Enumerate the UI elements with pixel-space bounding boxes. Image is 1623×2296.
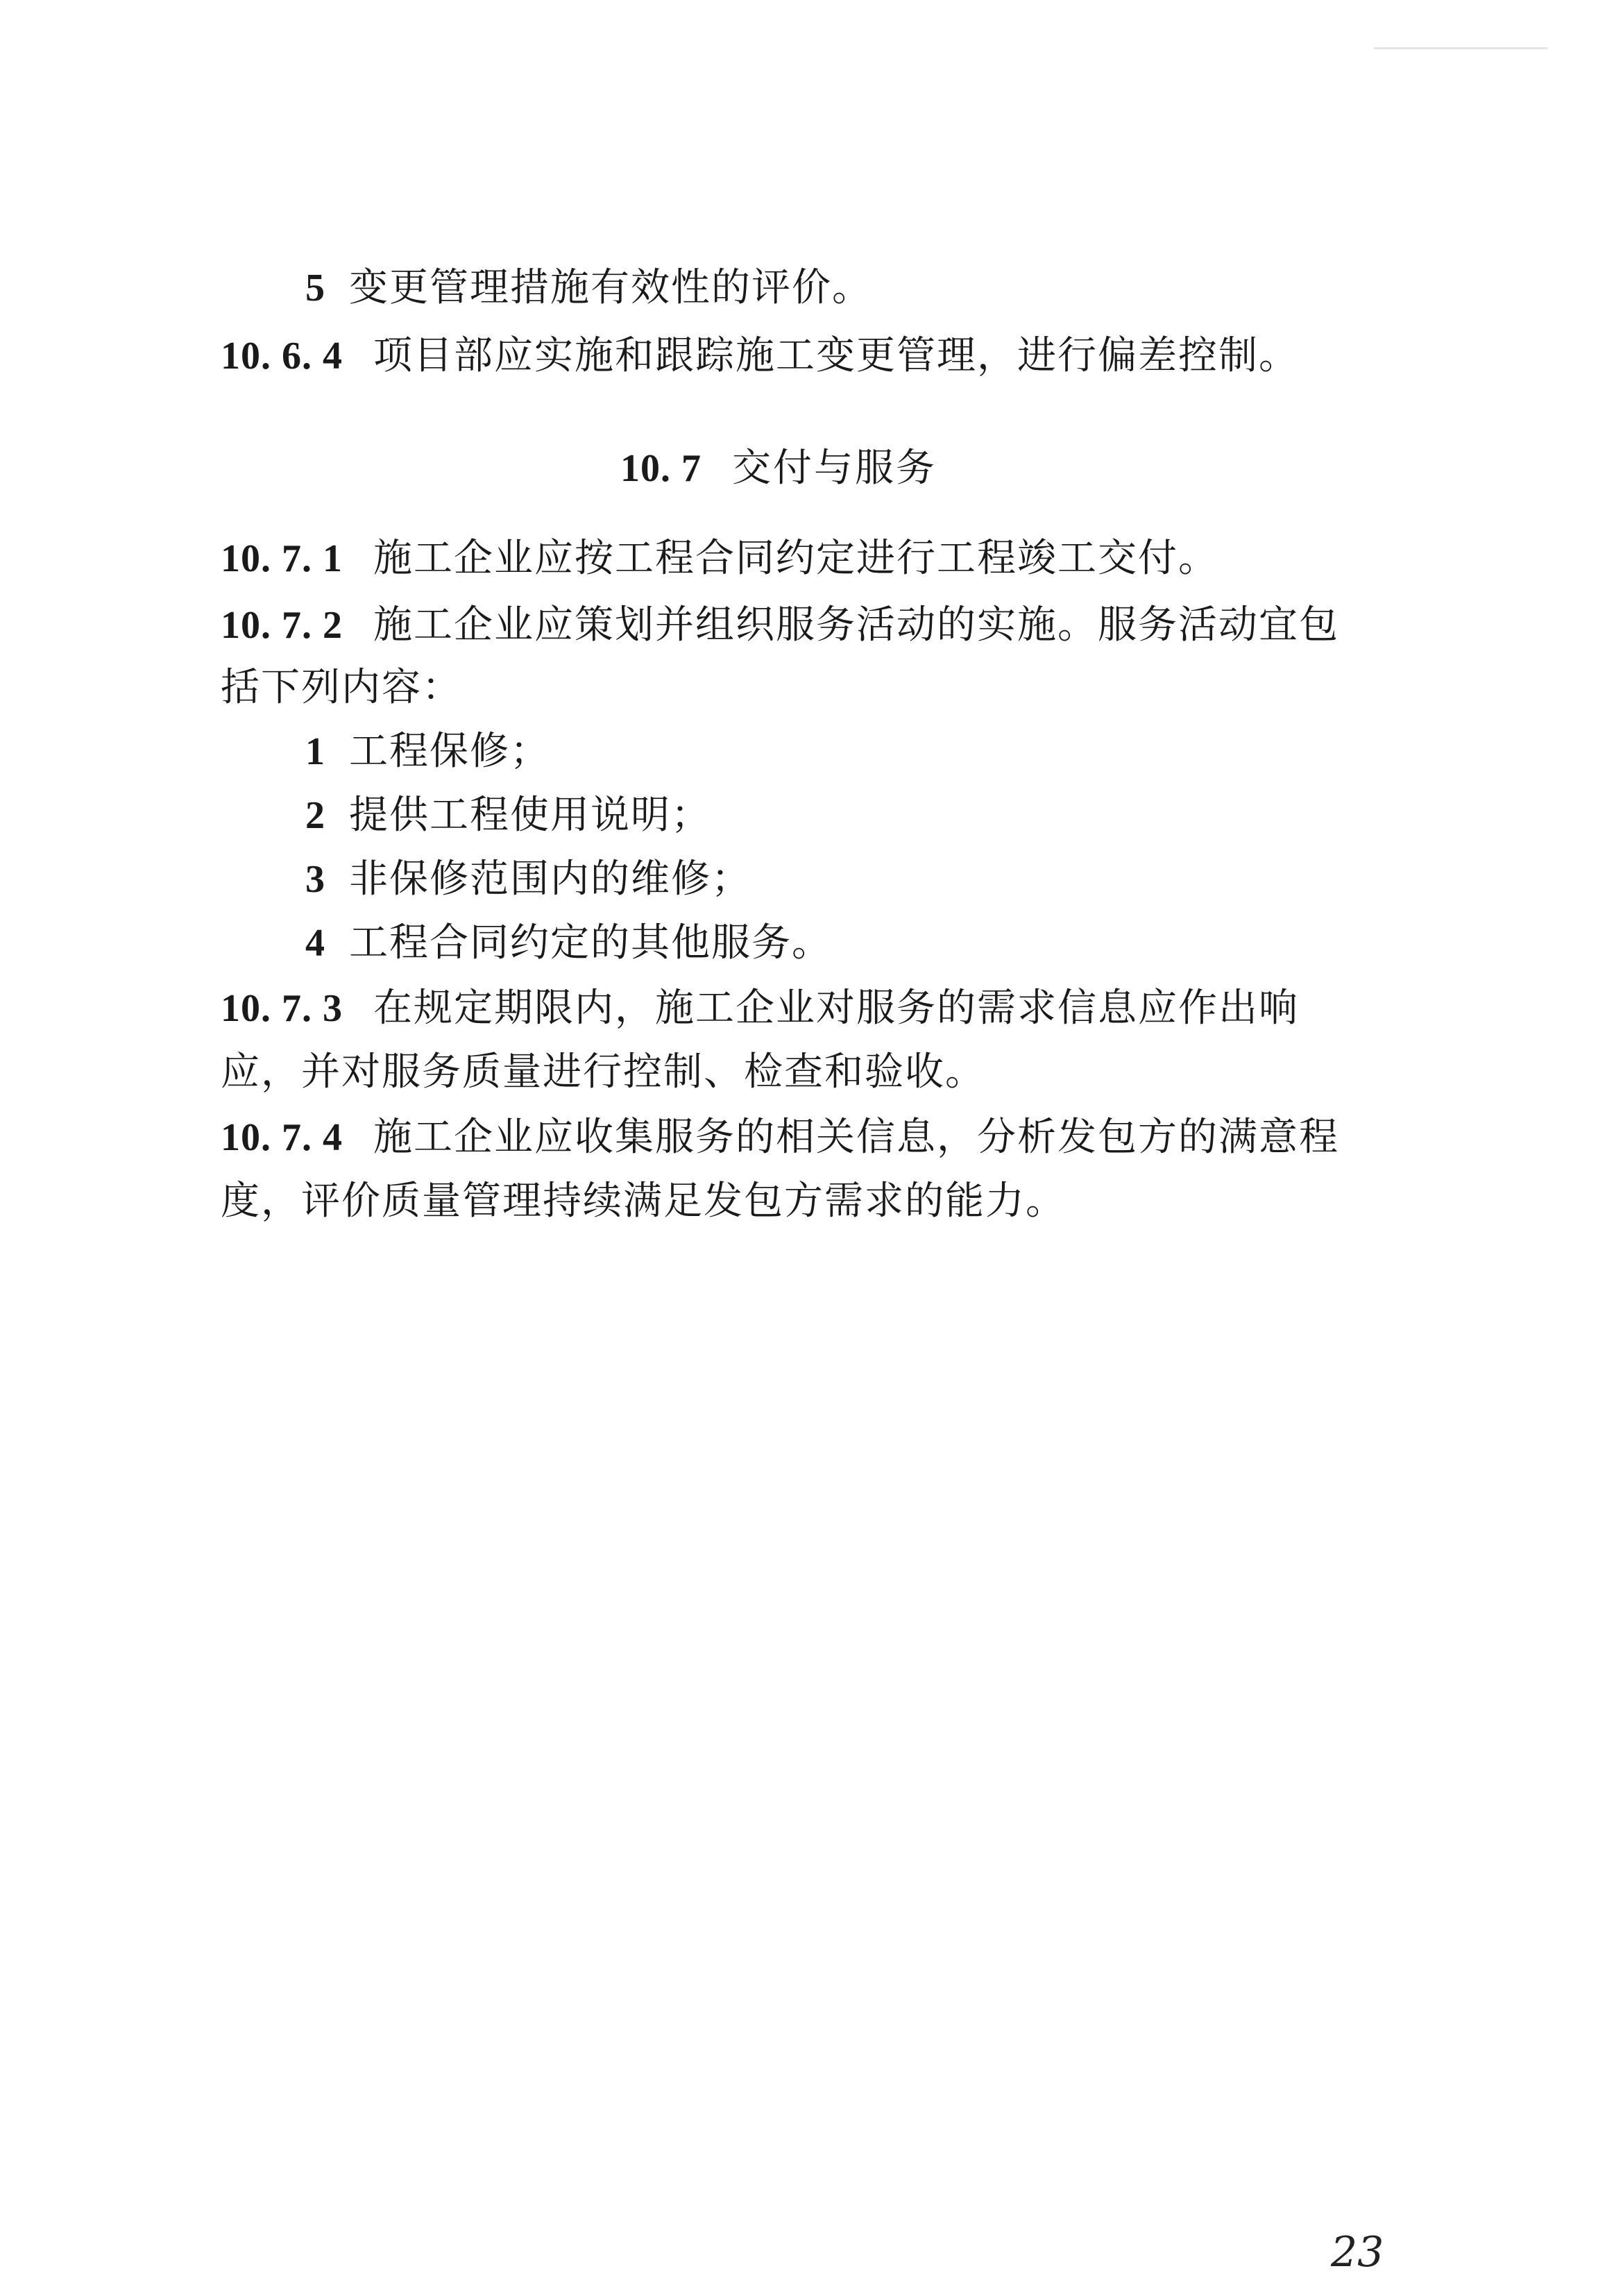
list-item-number: 1 bbox=[305, 730, 325, 773]
clause-number: 10. 7. 3 bbox=[221, 987, 343, 1030]
clause-number: 10. 6. 4 bbox=[221, 335, 343, 378]
clause: 10. 7. 2施工企业应策划并组织服务活动的实施。服务活动宜包 bbox=[221, 601, 1339, 650]
list-item-text: 工程保修； bbox=[349, 729, 550, 774]
clause-text: 在规定期限内，施工企业对服务的需求信息应作出响 bbox=[373, 986, 1299, 1031]
clause: 10. 7. 3在规定期限内，施工企业对服务的需求信息应作出响 bbox=[221, 984, 1299, 1033]
clause: 10. 7. 1施工企业应按工程合同约定进行工程竣工交付。 bbox=[221, 534, 1218, 583]
header-rule bbox=[1374, 47, 1547, 49]
list-item-number: 3 bbox=[305, 858, 325, 901]
list-item-text: 工程合同约定的其他服务。 bbox=[349, 920, 832, 965]
clause-text: 施工企业应收集服务的相关信息，分析发包方的满意程 bbox=[373, 1115, 1339, 1160]
list-item: 4工程合同约定的其他服务。 bbox=[305, 919, 832, 968]
list-item-text: 提供工程使用说明； bbox=[349, 793, 711, 838]
list-item-text: 非保修范围内的维修； bbox=[349, 856, 751, 902]
clause-number: 10. 7. 2 bbox=[221, 604, 343, 647]
clause-number: 10. 7. 4 bbox=[221, 1116, 343, 1159]
clause: 10. 7. 4施工企业应收集服务的相关信息，分析发包方的满意程 bbox=[221, 1113, 1339, 1162]
list-item-number: 2 bbox=[305, 794, 325, 837]
list-item: 1工程保修； bbox=[305, 727, 550, 776]
section-heading: 10. 7交付与服务 bbox=[0, 444, 1623, 493]
clause-continuation: 度，评价质量管理持续满足发包方需求的能力。 bbox=[221, 1177, 1066, 1226]
clause-text: 施工企业应策划并组织服务活动的实施。服务活动宜包 bbox=[373, 602, 1339, 648]
clause-text: 施工企业应按工程合同约定进行工程竣工交付。 bbox=[373, 536, 1218, 581]
list-item: 3非保修范围内的维修； bbox=[305, 855, 751, 904]
list-item-number: 5 bbox=[305, 267, 325, 310]
clause-number: 10. 7. 1 bbox=[221, 537, 343, 580]
list-item-text: 变更管理措施有效性的评价。 bbox=[349, 265, 872, 310]
list-item-number: 4 bbox=[305, 922, 325, 965]
page-number: 23 bbox=[1331, 2228, 1384, 2277]
clause-continuation: 应，并对服务质量进行控制、检查和验收。 bbox=[221, 1048, 985, 1097]
list-item: 5变更管理措施有效性的评价。 bbox=[305, 264, 872, 312]
clause: 10. 6. 4项目部应实施和跟踪施工变更管理，进行偏差控制。 bbox=[221, 332, 1299, 380]
clause-continuation: 括下列内容： bbox=[221, 664, 462, 712]
clause-text: 项目部应实施和跟踪施工变更管理，进行偏差控制。 bbox=[373, 333, 1299, 378]
list-item: 2提供工程使用说明； bbox=[305, 791, 711, 840]
document-page: 5变更管理措施有效性的评价。 10. 6. 4项目部应实施和跟踪施工变更管理，进… bbox=[0, 0, 1623, 2296]
section-number: 10. 7 bbox=[620, 447, 702, 490]
section-title: 交付与服务 bbox=[732, 446, 937, 491]
